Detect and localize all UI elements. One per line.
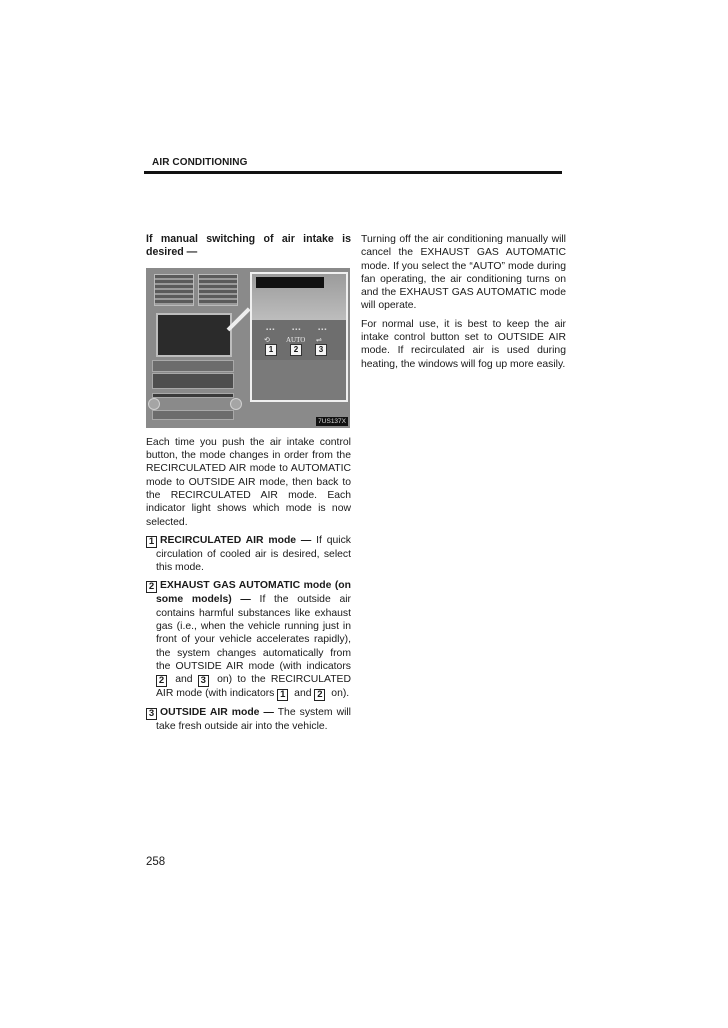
conjunction: and <box>170 674 198 685</box>
inset-closeup: ▪▪▪ ▪▪▪ ▪▪▪ ⟲ AUTO ⇌ 1 2 3 <box>250 272 348 402</box>
dashboard-photo: ▪▪▪ ▪▪▪ ▪▪▪ ⟲ AUTO ⇌ 1 2 3 7US137X <box>146 268 350 428</box>
item-number-box: 2 <box>146 581 157 593</box>
intro-paragraph: Each time you push the air intake contro… <box>146 436 351 529</box>
list-item-recirculated: 1RECIRCULATED AIR mode — If quick circul… <box>146 534 351 575</box>
callout-number-2: 2 <box>290 344 302 356</box>
item-title: RECIRCULATED AIR mode — <box>160 535 311 546</box>
item-title: OUTSIDE AIR mode — <box>160 707 274 718</box>
lower-controls <box>152 410 234 420</box>
list-item-outside-air: 3OUTSIDE AIR mode — The system will take… <box>146 706 351 733</box>
item-text: on). <box>328 688 349 699</box>
section-title: AIR CONDITIONING <box>152 157 248 168</box>
note-paragraph-2: For normal use, it is best to keep the a… <box>361 318 566 371</box>
left-column: If manual switching of air intake is des… <box>146 233 351 739</box>
ref-box: 1 <box>277 689 288 701</box>
conjunction: and <box>291 688 314 699</box>
air-vent-right <box>198 274 238 306</box>
air-vent-left <box>154 274 194 306</box>
knob-right <box>230 398 242 410</box>
item-number-box: 3 <box>146 708 157 720</box>
control-panel <box>152 373 234 389</box>
ref-box: 2 <box>314 689 325 701</box>
ref-box: 2 <box>156 675 167 687</box>
item-number-box: 1 <box>146 536 157 548</box>
right-column: Turning off the air conditioning manuall… <box>361 233 566 376</box>
ref-box: 3 <box>198 675 209 687</box>
item-text: If the outside air contains harmful subs… <box>156 594 351 671</box>
subheading: If manual switching of air intake is des… <box>146 233 351 260</box>
cd-slot <box>152 393 234 398</box>
list-item-exhaust-gas: 2EXHAUST GAS AUTOMATIC mode (on some mod… <box>146 579 351 701</box>
header-rule <box>144 171 562 174</box>
figure-code: 7US137X <box>316 417 348 426</box>
callout-number-1: 1 <box>265 344 277 356</box>
callout-number-3: 3 <box>315 344 327 356</box>
inset-display-bar <box>256 277 324 288</box>
note-paragraph-1: Turning off the air conditioning manuall… <box>361 233 566 313</box>
page-number: 258 <box>146 856 165 868</box>
knob-left <box>148 398 160 410</box>
navigation-screen <box>156 313 232 357</box>
control-button-row <box>152 360 234 372</box>
